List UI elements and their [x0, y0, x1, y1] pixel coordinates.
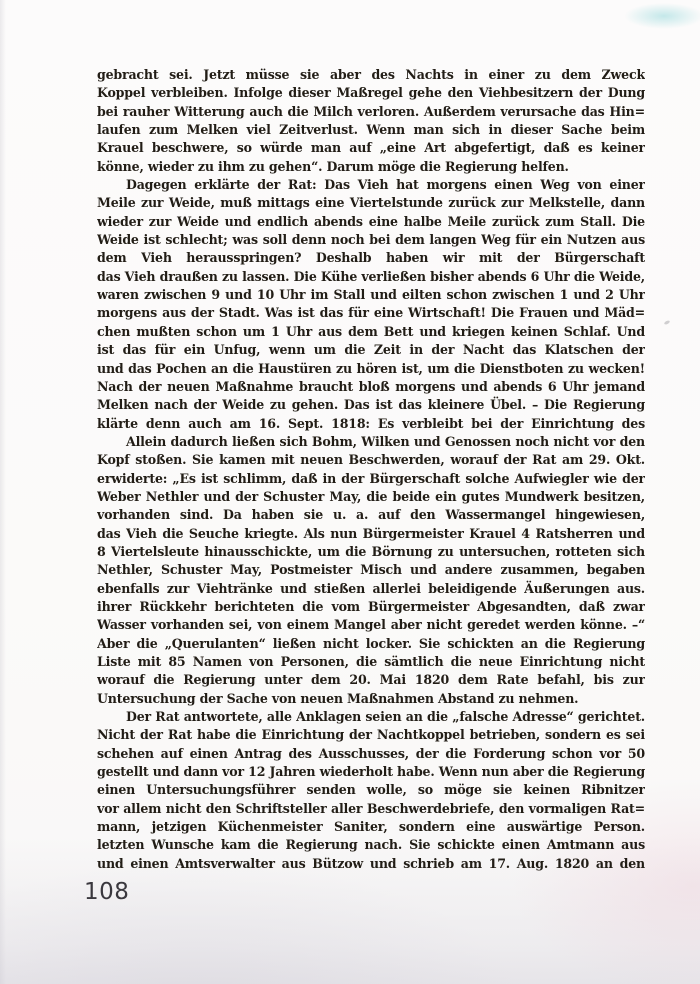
- text-line: chen mußten schon um 1 Uhr aus dem Bett …: [97, 323, 645, 341]
- page-number: 108: [84, 879, 129, 905]
- text-line: erwiderte: „Es ist schlimm, daß in der B…: [97, 470, 645, 488]
- text-line: gebracht sei. Jetzt müsse sie aber des N…: [97, 66, 645, 84]
- text-line: Melken nach der Weide zu gehen. Das ist …: [97, 396, 645, 414]
- text-line: könne, wieder zu ihm zu gehen“. Darum mö…: [97, 158, 645, 176]
- text-line: und das Pochen an die Haustüren zu hören…: [97, 360, 645, 378]
- text-line: Koppel verbleiben. Infolge dieser Maßreg…: [97, 84, 645, 102]
- text-line: ebenfalls zur Viehtränke und stießen all…: [97, 580, 645, 598]
- text-line: und einen Amtsverwalter aus Bützow und s…: [97, 855, 645, 873]
- text-line: klärte denn auch am 16. Sept. 1818: Es v…: [97, 415, 645, 433]
- text-line: einen Untersuchungsführer senden wolle, …: [97, 781, 645, 799]
- paragraph-3: Allein dadurch ließen sich Bohm, Wilken …: [97, 433, 645, 708]
- text-line: morgens aus der Stadt. Was ist das für e…: [97, 304, 645, 322]
- text-line: Meile zur Weide, muß mittags eine Vierte…: [97, 194, 645, 212]
- paragraph-4: Der Rat antwortete, alle Anklagen seien …: [97, 708, 645, 873]
- text-line: Allein dadurch ließen sich Bohm, Wilken …: [97, 433, 645, 451]
- text-line: mann, jetzigen Küchenmeister Saniter, so…: [97, 818, 645, 836]
- text-line: vor allem nicht den Schriftsteller aller…: [97, 800, 645, 818]
- text-line: letzten Wunsche kam die Regierung nach. …: [97, 836, 645, 854]
- text-line: Dagegen erklärte der Rat: Das Vieh hat m…: [97, 176, 645, 194]
- text-line: laufen zum Melken viel Zeitverlust. Wenn…: [97, 121, 645, 139]
- text-line: 8 Viertelsleute hinausschickte, um die B…: [97, 543, 645, 561]
- text-line: wieder zur Weide und endlich abends eine…: [97, 213, 645, 231]
- paragraph-1: gebracht sei. Jetzt müsse sie aber des N…: [97, 66, 645, 176]
- text-line: das Vieh draußen zu lassen. Die Kühe ver…: [97, 268, 645, 286]
- text-line: Wasser vorhanden sei, von einem Mangel a…: [97, 616, 645, 634]
- text-line: schehen auf einen Antrag des Ausschusses…: [97, 745, 645, 763]
- text-line: waren zwischen 9 und 10 Uhr im Stall und…: [97, 286, 645, 304]
- paragraph-2: Dagegen erklärte der Rat: Das Vieh hat m…: [97, 176, 645, 433]
- text-line: worauf die Regierung unter dem 20. Mai 1…: [97, 671, 645, 689]
- text-line: Aber die „Querulanten“ ließen nicht lock…: [97, 635, 645, 653]
- text-line: Untersuchung der Sache von neuen Maßnahm…: [97, 690, 645, 708]
- text-line: bei rauher Witterung auch die Milch verl…: [97, 103, 645, 121]
- text-line: ihrer Rückkehr berichteten die vom Bürge…: [97, 598, 645, 616]
- text-line: vorhanden sind. Da haben sie u. a. auf d…: [97, 506, 645, 524]
- text-line: Nethler, Schuster May, Postmeister Misch…: [97, 561, 645, 579]
- text-line: Krauel beschwere, so würde man auf „eine…: [97, 139, 645, 157]
- text-line: gestellt und dann vor 12 Jahren wiederho…: [97, 763, 645, 781]
- page-text: gebracht sei. Jetzt müsse sie aber des N…: [97, 66, 645, 873]
- text-line: das Vieh die Seuche kriegte. Als nun Bür…: [97, 525, 645, 543]
- text-line: Nach der neuen Maßnahme braucht bloß mor…: [97, 378, 645, 396]
- text-line: Der Rat antwortete, alle Anklagen seien …: [97, 708, 645, 726]
- text-line: ist das für ein Unfug, wenn um die Zeit …: [97, 341, 645, 359]
- text-line: Nicht der Rat habe die Einrichtung der N…: [97, 726, 645, 744]
- text-line: Liste mit 85 Namen von Personen, die säm…: [97, 653, 645, 671]
- text-line: Weide ist schlecht; was soll denn noch b…: [97, 231, 645, 249]
- text-line: dem Vieh herausspringen? Deshalb haben w…: [97, 249, 645, 267]
- text-line: Weber Nethler und der Schuster May, die …: [97, 488, 645, 506]
- text-line: Kopf stoßen. Sie kamen mit neuen Beschwe…: [97, 451, 645, 469]
